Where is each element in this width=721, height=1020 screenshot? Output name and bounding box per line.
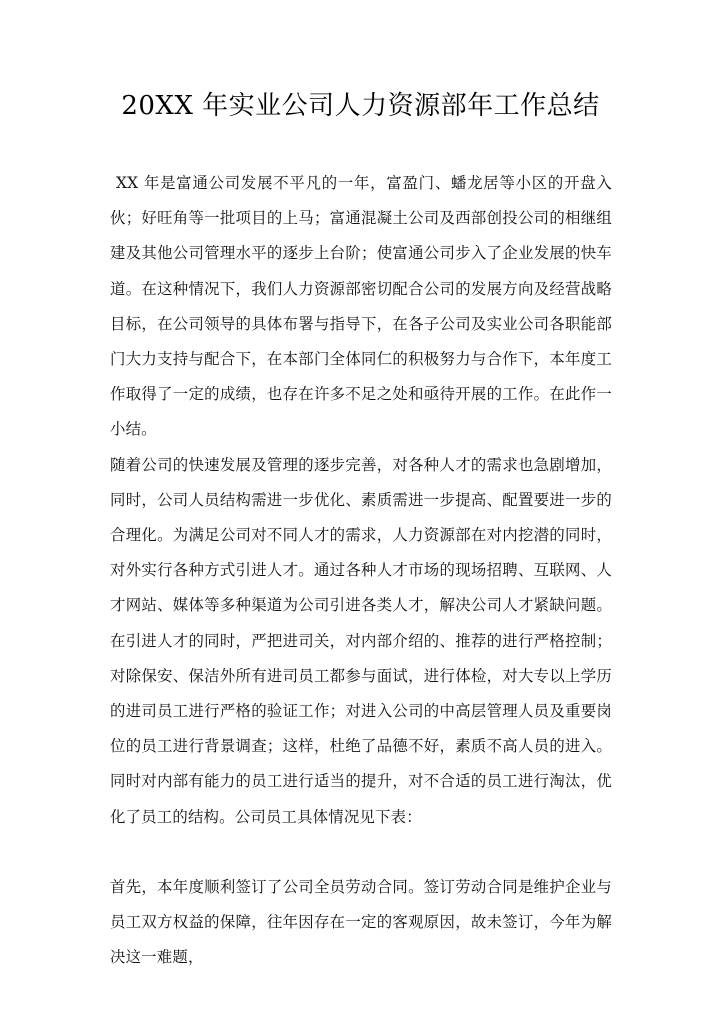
paragraph-intro: XX 年是富通公司发展不平凡的一年，富盈门、蟠龙居等小区的开盘入伙；好旺角等一批…: [110, 166, 612, 448]
paragraph-recruitment: 随着公司的快速发展及管理的逐步完善，对各种人才的需求也急剧增加，同时，公司人员结…: [110, 448, 612, 835]
document-body: XX 年是富通公司发展不平凡的一年，富盈门、蟠龙居等小区的开盘入伙；好旺角等一批…: [110, 166, 612, 975]
paragraph-labor-contract: 首先，本年度顺利签订了公司全员劳动合同。签订劳动合同是维护企业与员工双方权益的保…: [110, 870, 612, 976]
document-page: 20XX 年实业公司人力资源部年工作总结 XX 年是富通公司发展不平凡的一年，富…: [0, 0, 721, 1020]
document-title: 20XX 年实业公司人力资源部年工作总结: [0, 88, 721, 124]
table-placeholder-gap: [110, 835, 612, 870]
